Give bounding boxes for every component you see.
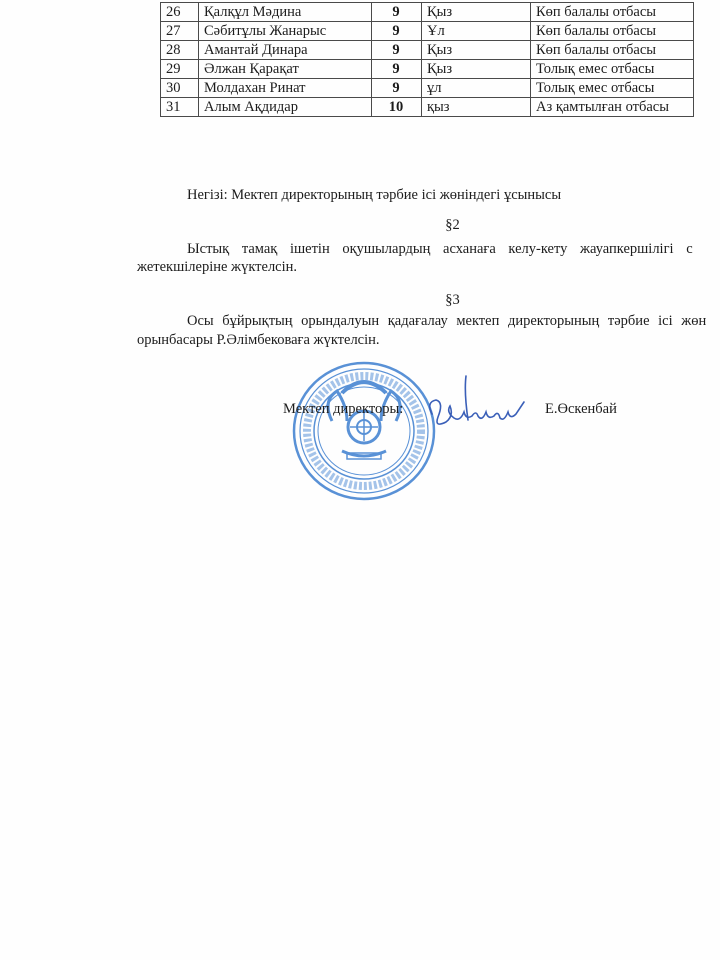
section-2-line-1: Ыстық тамақ ішетін оқушылардың асханаға … <box>187 241 693 258</box>
grade-cell: 9 <box>372 22 422 41</box>
director-name: Е.Өскенбай <box>545 401 617 418</box>
section-3-line-2: орынбасары Р.Әлімбековаға жүктелсін. <box>137 332 380 349</box>
student-name-cell: Сәбитұлы Жанарыс <box>199 22 372 41</box>
table-row: 26Қалқұл Мәдина9ҚызКөп балалы отбасы <box>161 3 694 22</box>
gender-cell: Қыз <box>422 60 531 79</box>
family-status-cell: Толық емес отбасы <box>531 60 694 79</box>
students-table: 26Қалқұл Мәдина9ҚызКөп балалы отбасы27Сә… <box>160 2 694 117</box>
table-row: 27Сәбитұлы Жанарыс9ҰлКөп балалы отбасы <box>161 22 694 41</box>
family-status-cell: Толық емес отбасы <box>531 79 694 98</box>
row-number-cell: 27 <box>161 22 199 41</box>
table-row: 31Алым Ақдидар10қызАз қамтылған отбасы <box>161 98 694 117</box>
section-3-line-1: Осы бұйрықтың орындалуын қадағалау мекте… <box>187 313 706 330</box>
student-name-cell: Қалқұл Мәдина <box>199 3 372 22</box>
family-status-cell: Көп балалы отбасы <box>531 41 694 60</box>
student-name-cell: Амантай Динара <box>199 41 372 60</box>
grade-cell: 9 <box>372 41 422 60</box>
gender-cell: ұл <box>422 79 531 98</box>
signature-icon <box>424 372 534 444</box>
grade-cell: 9 <box>372 60 422 79</box>
gender-cell: Қыз <box>422 3 531 22</box>
row-number-cell: 30 <box>161 79 199 98</box>
grade-cell: 10 <box>372 98 422 117</box>
table-row: 30Молдахан Ринат9ұлТолық емес отбасы <box>161 79 694 98</box>
grade-cell: 9 <box>372 3 422 22</box>
family-status-cell: Аз қамтылған отбасы <box>531 98 694 117</box>
grade-cell: 9 <box>372 79 422 98</box>
official-stamp-icon <box>292 361 436 501</box>
row-number-cell: 28 <box>161 41 199 60</box>
section-2-line-2: жетекшілеріне жүктелсін. <box>137 259 297 276</box>
row-number-cell: 29 <box>161 60 199 79</box>
family-status-cell: Көп балалы отбасы <box>531 22 694 41</box>
table-row: 28Амантай Динара9ҚызКөп балалы отбасы <box>161 41 694 60</box>
director-label: Мектеп директоры: <box>283 401 403 418</box>
section-3-heading: §3 <box>0 292 720 309</box>
basis-text: Негізі: Мектеп директорының тәрбие ісі ж… <box>187 187 561 204</box>
row-number-cell: 31 <box>161 98 199 117</box>
row-number-cell: 26 <box>161 3 199 22</box>
family-status-cell: Көп балалы отбасы <box>531 3 694 22</box>
section-2-heading: §2 <box>0 217 720 234</box>
document-page: 26Қалқұл Мәдина9ҚызКөп балалы отбасы27Сә… <box>0 0 720 960</box>
gender-cell: қыз <box>422 98 531 117</box>
student-name-cell: Әлжан Қарақат <box>199 60 372 79</box>
student-name-cell: Молдахан Ринат <box>199 79 372 98</box>
table-row: 29Әлжан Қарақат9ҚызТолық емес отбасы <box>161 60 694 79</box>
gender-cell: Ұл <box>422 22 531 41</box>
gender-cell: Қыз <box>422 41 531 60</box>
student-name-cell: Алым Ақдидар <box>199 98 372 117</box>
